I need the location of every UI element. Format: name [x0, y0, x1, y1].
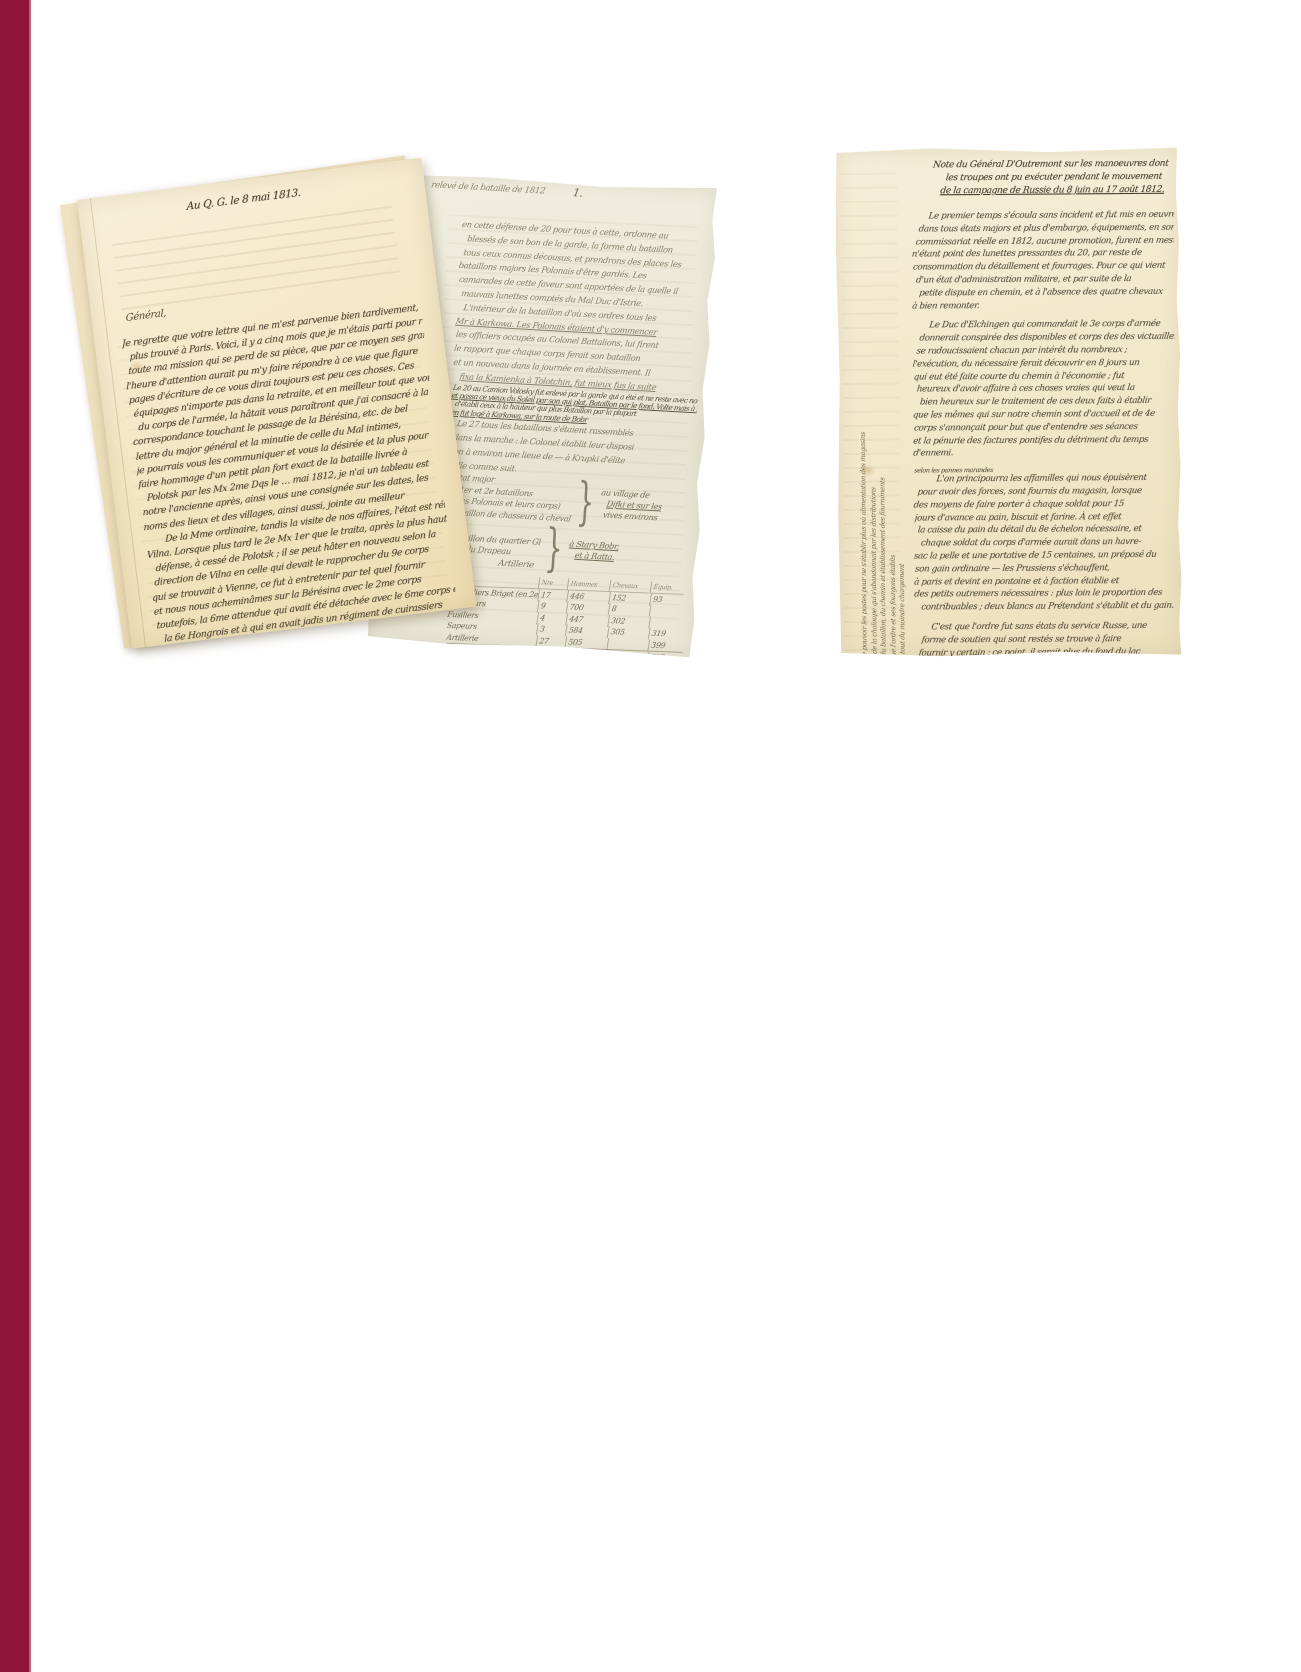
- letter-dateline: Au Q. G. le 8 mai 1813.: [187, 177, 376, 212]
- report-header-note: relevé de la bataille de 1812: [430, 180, 546, 196]
- curly-brace-glyph: }: [575, 472, 596, 533]
- note-paragraph-1: Le premier temps s'écoula sans incident …: [911, 209, 1174, 313]
- hand-line: des moyens de faire porter à chaque sold…: [913, 497, 1176, 512]
- group-1-units: État major1er et 2e bataillons(les Polon…: [451, 472, 573, 525]
- hand-line: disposer. Un détachement chargé paisible…: [914, 658, 1177, 673]
- hand-line: corps s'annonçait pour but que d'entendr…: [913, 420, 1175, 435]
- table-cell: [648, 605, 684, 618]
- note-margin-vertical-text: de pouvoir les postes pour ne s'établir …: [858, 331, 908, 661]
- manuscript-note-page: Note du Général D'Outremont sur les mano…: [835, 147, 1183, 657]
- hand-line: d'ennemi.: [912, 446, 1175, 461]
- report-artillerie-label: Artillerie: [497, 559, 534, 571]
- table-cell: 723: [646, 651, 682, 664]
- table-cell: 305: [607, 626, 649, 639]
- report-group-2: Bataillon du quartier Glet du Drapeau } …: [448, 523, 690, 576]
- hand-line: l'exécution, du nécessaire ferait découv…: [912, 356, 1175, 371]
- report-strength-table: NreHommesChevauxÉquip.Grenadiers Briget …: [446, 574, 685, 664]
- table-cell: Chevaux: [609, 580, 651, 593]
- note-title: Note du Général D'Outremont sur les mano…: [927, 158, 1173, 199]
- group-2-location: à Stary Bobr,et à Ratta.: [567, 538, 619, 563]
- hand-line: et à Ratta.: [574, 550, 620, 563]
- hand-line: fournir y certain : ce point, il serait …: [918, 645, 1177, 660]
- manuscript-letter-page: Au Q. G. le 8 mai 1813. Général, Je regr…: [77, 158, 476, 649]
- note-paragraph-3: selon les pannes marandesL'on principour…: [913, 466, 1176, 615]
- note-margin-annotations: de pouvoir les postes pour ne s'établir …: [858, 330, 914, 660]
- hand-line: contribuables ; deux blancs au Prétendan…: [920, 600, 1176, 615]
- hand-line: à tout du moindre chargement: [897, 330, 909, 660]
- note-paragraph-2: Le Duc d'Elchingen qui commandait le 3e …: [912, 318, 1175, 461]
- table-cell: 60: [535, 646, 565, 659]
- report-text-block: en cette défense de 20 pour tous à cette…: [447, 218, 707, 486]
- table-cell: 411: [606, 649, 648, 662]
- report-grouping-block: État major1er et 2e bataillons(les Polon…: [448, 472, 693, 581]
- group-1-location: au village deDifki et sur lesvives envir…: [598, 487, 662, 523]
- table-cell: 3: [536, 623, 566, 636]
- table-cell: 319: [647, 628, 683, 641]
- hand-line: à bien remonter.: [911, 298, 1174, 313]
- table-cell: 700: [566, 601, 610, 614]
- hand-line: de la campagne de Russie du 8 juin au 17…: [931, 184, 1174, 199]
- table-cell: Équip.: [649, 582, 685, 595]
- hand-line: son gain ordinaire — les Prussiens s'éch…: [914, 561, 1176, 576]
- table-cell: Totaux: [445, 643, 537, 658]
- note-text-block: Le premier temps s'écoula sans incident …: [911, 209, 1176, 673]
- note-paragraph-4: C'est que l'ordre fut sans états du serv…: [914, 620, 1176, 673]
- hand-line: petite dispute en chemin, et à l'absence…: [918, 285, 1174, 300]
- table-cell: 9: [537, 600, 567, 613]
- curly-brace-glyph: }: [544, 518, 565, 579]
- table-cell: 1823: [564, 647, 608, 660]
- bleed-through-text: [112, 206, 401, 316]
- left-accent-bar: [0, 0, 31, 1672]
- table-cell: 8: [608, 603, 650, 616]
- hand-line: dans tous états majors et plus d'embargo…: [918, 221, 1174, 236]
- hand-line: forme de soutien qui sont restés se trou…: [921, 632, 1177, 647]
- table-cell: Nre: [538, 577, 568, 590]
- table-cell: Hommes: [567, 578, 611, 591]
- letter-salutation: Général,: [126, 308, 166, 324]
- letter-text-block: Je regrette que votre lettre qui ne m'es…: [120, 301, 458, 648]
- table-cell: 584: [565, 624, 609, 637]
- report-page-number: 1.: [572, 186, 584, 199]
